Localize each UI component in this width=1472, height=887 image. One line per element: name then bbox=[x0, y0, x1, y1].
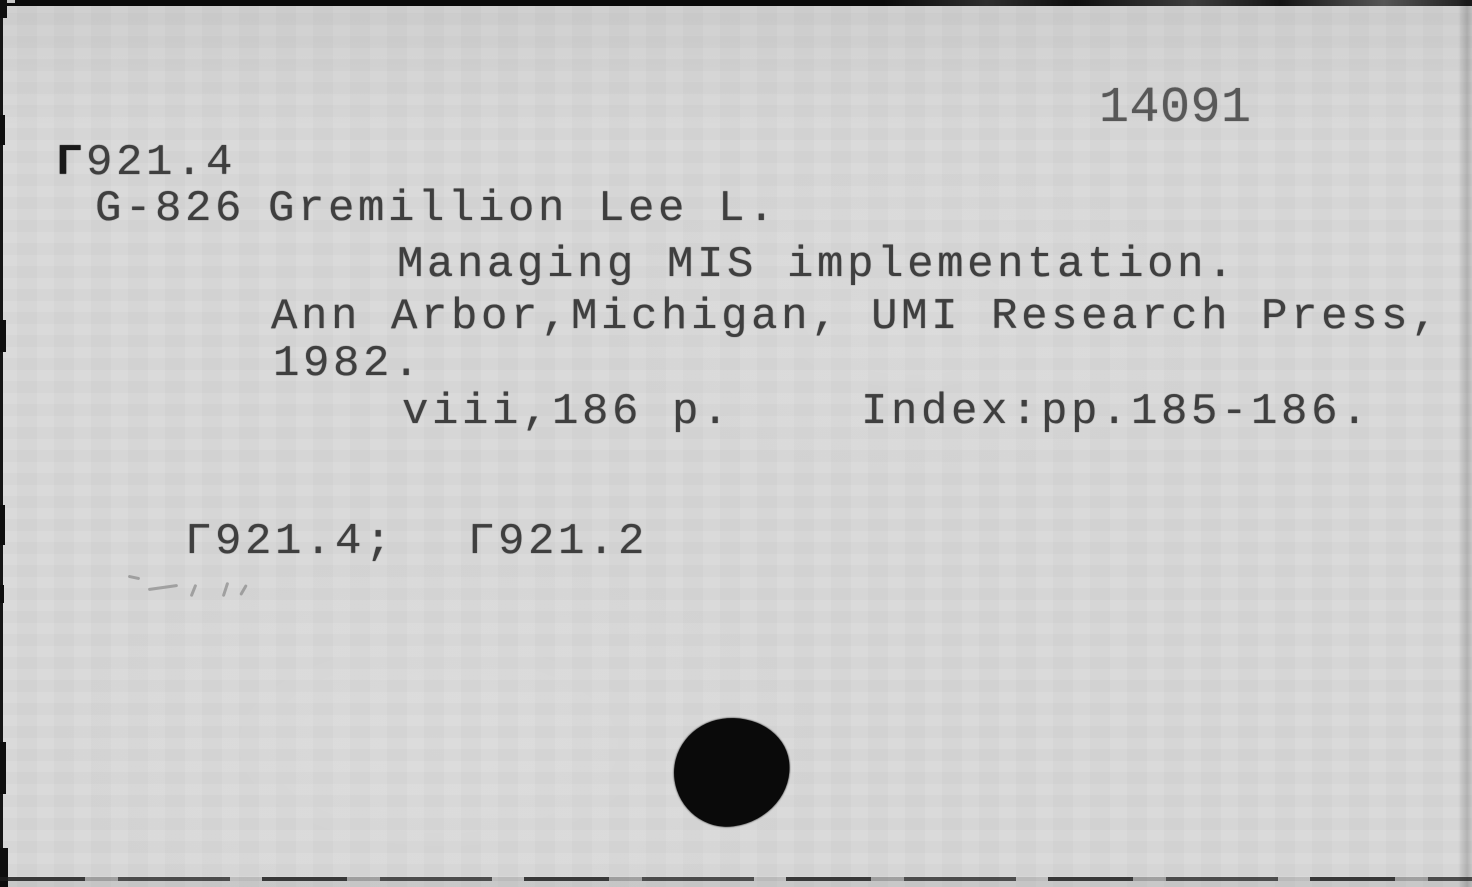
imprint-line: Ann Arbor,Michigan, UMI Research Press, bbox=[271, 295, 1441, 339]
pagination-line: viii,186 p. bbox=[402, 390, 732, 434]
pencil-stroke bbox=[148, 584, 178, 591]
pencil-mark bbox=[120, 572, 280, 602]
call-number: Г921.4 bbox=[56, 141, 236, 185]
scan-artifact bbox=[0, 881, 1472, 887]
card-top-border bbox=[0, 0, 1472, 6]
pencil-stroke bbox=[128, 575, 140, 580]
classification-first: Г921.4; bbox=[185, 520, 395, 564]
author-heading: Gremillion Lee L. bbox=[268, 187, 778, 231]
ink-dot bbox=[667, 710, 797, 833]
scan-artifact bbox=[0, 320, 6, 352]
year-line: 1982. bbox=[273, 342, 423, 386]
scan-artifact bbox=[6, 0, 15, 3]
pencil-stroke bbox=[222, 582, 229, 597]
scan-artifact bbox=[0, 505, 5, 545]
call-number-prefix: Г bbox=[56, 138, 86, 188]
pencil-stroke bbox=[239, 584, 248, 596]
scan-artifact bbox=[0, 585, 4, 603]
classification-second: Г921.2 bbox=[468, 520, 648, 564]
catalog-card-scan: 14091 Г921.4 G-826 Gremillion Lee L. Man… bbox=[0, 0, 1472, 887]
scan-artifact bbox=[0, 742, 6, 794]
card-right-edge-shadow bbox=[1458, 0, 1472, 887]
index-note: Index:pp.185-186. bbox=[861, 390, 1371, 434]
accession-number-stamp: 14091 bbox=[1099, 84, 1252, 134]
call-number-digits: 921.4 bbox=[86, 138, 236, 188]
title-line: Managing MIS implementation. bbox=[397, 243, 1237, 287]
card-bottom-border bbox=[0, 877, 1472, 881]
scan-artifact bbox=[0, 115, 5, 145]
call-number-cutter: G-826 bbox=[95, 187, 245, 231]
pencil-stroke bbox=[190, 584, 198, 597]
scan-artifact bbox=[0, 0, 7, 18]
